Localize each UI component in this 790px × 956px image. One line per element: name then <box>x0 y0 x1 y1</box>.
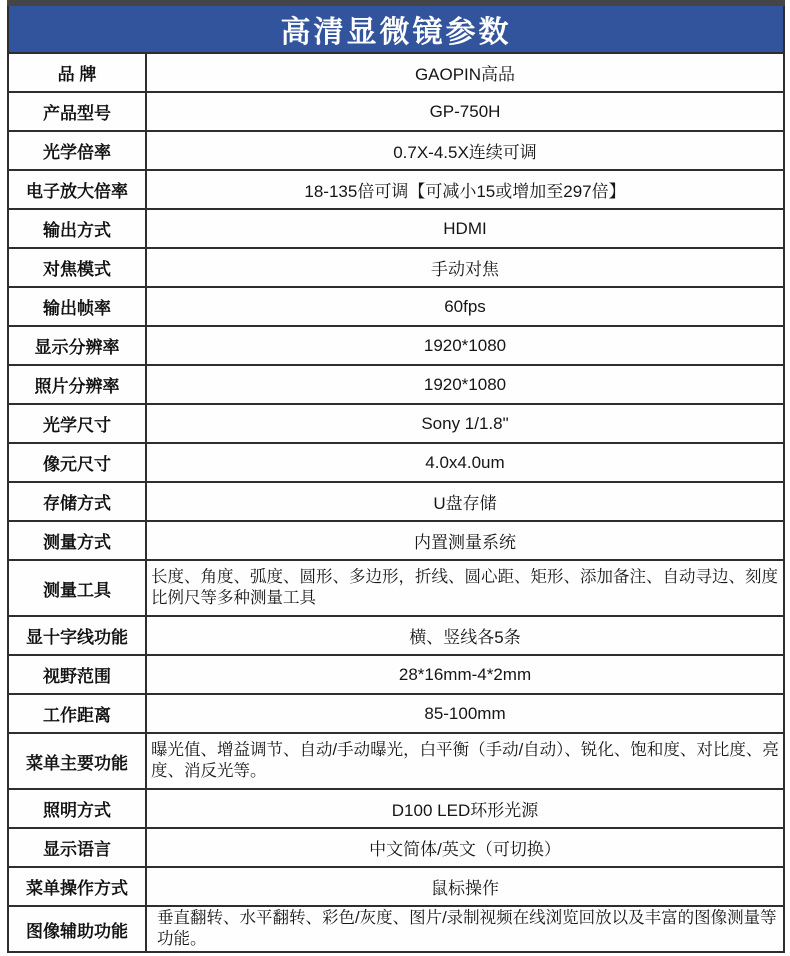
table-row-display-resolution: 显示分辨率 1920*1080 <box>8 326 784 365</box>
spec-label: 像元尺寸 <box>8 443 146 482</box>
spec-value: 4.0x4.0um <box>146 443 784 482</box>
table-row-brand: 品 牌 GAOPIN高品 <box>8 53 784 92</box>
spec-label: 存储方式 <box>8 482 146 521</box>
spec-label: 显十字线功能 <box>8 616 146 655</box>
table-row-digital-zoom: 电子放大倍率 18-135倍可调【可减小15或增加至297倍】 <box>8 170 784 209</box>
table-row-optical-zoom: 光学倍率 0.7X-4.5X连续可调 <box>8 131 784 170</box>
spec-label: 照明方式 <box>8 789 146 828</box>
spec-value: HDMI <box>146 209 784 248</box>
spec-label: 对焦模式 <box>8 248 146 287</box>
spec-label: 显示语言 <box>8 828 146 867</box>
spec-value: 85-100mm <box>146 694 784 733</box>
spec-label: 光学倍率 <box>8 131 146 170</box>
spec-label: 测量方式 <box>8 521 146 560</box>
spec-value: GAOPIN高品 <box>146 53 784 92</box>
table-row-output: 输出方式 HDMI <box>8 209 784 248</box>
spec-sheet-page: 高清显微镜参数 品 牌 GAOPIN高品 产品型号 GP-750H 光学倍率 0… <box>0 0 790 956</box>
table-row-field-of-view: 视野范围 28*16mm-4*2mm <box>8 655 784 694</box>
table-row-language: 显示语言 中文简体/英文（可切换） <box>8 828 784 867</box>
spec-label: 视野范围 <box>8 655 146 694</box>
spec-label: 输出帧率 <box>8 287 146 326</box>
table-row-crosshair: 显十字线功能 横、竖线各5条 <box>8 616 784 655</box>
spec-value: GP-750H <box>146 92 784 131</box>
table-row-focus-mode: 对焦模式 手动对焦 <box>8 248 784 287</box>
spec-value: 中文简体/英文（可切换） <box>146 828 784 867</box>
spec-value: 垂直翻转、水平翻转、彩色/灰度、图片/录制视频在线浏览回放以及丰富的图像测量等功… <box>146 906 784 952</box>
spec-value: 18-135倍可调【可减小15或增加至297倍】 <box>146 170 784 209</box>
table-row-model: 产品型号 GP-750H <box>8 92 784 131</box>
spec-value: 鼠标操作 <box>146 867 784 906</box>
spec-table: 高清显微镜参数 品 牌 GAOPIN高品 产品型号 GP-750H 光学倍率 0… <box>7 0 785 953</box>
table-row-measure-method: 测量方式 内置测量系统 <box>8 521 784 560</box>
spec-value: 曝光值、增益调节、自动/手动曝光，白平衡（手动/自动）、锐化、饱和度、对比度、亮… <box>146 733 784 789</box>
spec-value: 60fps <box>146 287 784 326</box>
spec-label: 菜单操作方式 <box>8 867 146 906</box>
table-row-storage: 存储方式 U盘存储 <box>8 482 784 521</box>
spec-value: 28*16mm-4*2mm <box>146 655 784 694</box>
table-header-row: 高清显微镜参数 <box>8 3 784 53</box>
spec-value: U盘存储 <box>146 482 784 521</box>
spec-value: 1920*1080 <box>146 365 784 404</box>
table-row-working-distance: 工作距离 85-100mm <box>8 694 784 733</box>
spec-value: 内置测量系统 <box>146 521 784 560</box>
spec-value: Sony 1/1.8" <box>146 404 784 443</box>
spec-value: D100 LED环形光源 <box>146 789 784 828</box>
spec-label: 菜单主要功能 <box>8 733 146 789</box>
table-row-pixel-size: 像元尺寸 4.0x4.0um <box>8 443 784 482</box>
table-row-sensor-size: 光学尺寸 Sony 1/1.8" <box>8 404 784 443</box>
spec-label: 图像辅助功能 <box>8 906 146 952</box>
spec-label: 产品型号 <box>8 92 146 131</box>
table-row-menu-functions: 菜单主要功能 曝光值、增益调节、自动/手动曝光，白平衡（手动/自动）、锐化、饱和… <box>8 733 784 789</box>
spec-label: 测量工具 <box>8 560 146 616</box>
spec-label: 电子放大倍率 <box>8 170 146 209</box>
spec-label: 工作距离 <box>8 694 146 733</box>
table-row-image-aux: 图像辅助功能 垂直翻转、水平翻转、彩色/灰度、图片/录制视频在线浏览回放以及丰富… <box>8 906 784 952</box>
spec-value: 长度、角度、弧度、圆形、多边形，折线、圆心距、矩形、添加备注、自动寻边、刻度比例… <box>146 560 784 616</box>
table-row-frame-rate: 输出帧率 60fps <box>8 287 784 326</box>
spec-value: 1920*1080 <box>146 326 784 365</box>
spec-label: 光学尺寸 <box>8 404 146 443</box>
table-row-measure-tools: 测量工具 长度、角度、弧度、圆形、多边形，折线、圆心距、矩形、添加备注、自动寻边… <box>8 560 784 616</box>
table-row-photo-resolution: 照片分辨率 1920*1080 <box>8 365 784 404</box>
spec-label: 显示分辨率 <box>8 326 146 365</box>
spec-label: 照片分辨率 <box>8 365 146 404</box>
spec-value: 0.7X-4.5X连续可调 <box>146 131 784 170</box>
spec-label: 输出方式 <box>8 209 146 248</box>
spec-value: 手动对焦 <box>146 248 784 287</box>
page-title: 高清显微镜参数 <box>8 3 784 53</box>
spec-value: 横、竖线各5条 <box>146 616 784 655</box>
table-row-menu-operation: 菜单操作方式 鼠标操作 <box>8 867 784 906</box>
table-row-lighting: 照明方式 D100 LED环形光源 <box>8 789 784 828</box>
spec-label: 品 牌 <box>8 53 146 92</box>
